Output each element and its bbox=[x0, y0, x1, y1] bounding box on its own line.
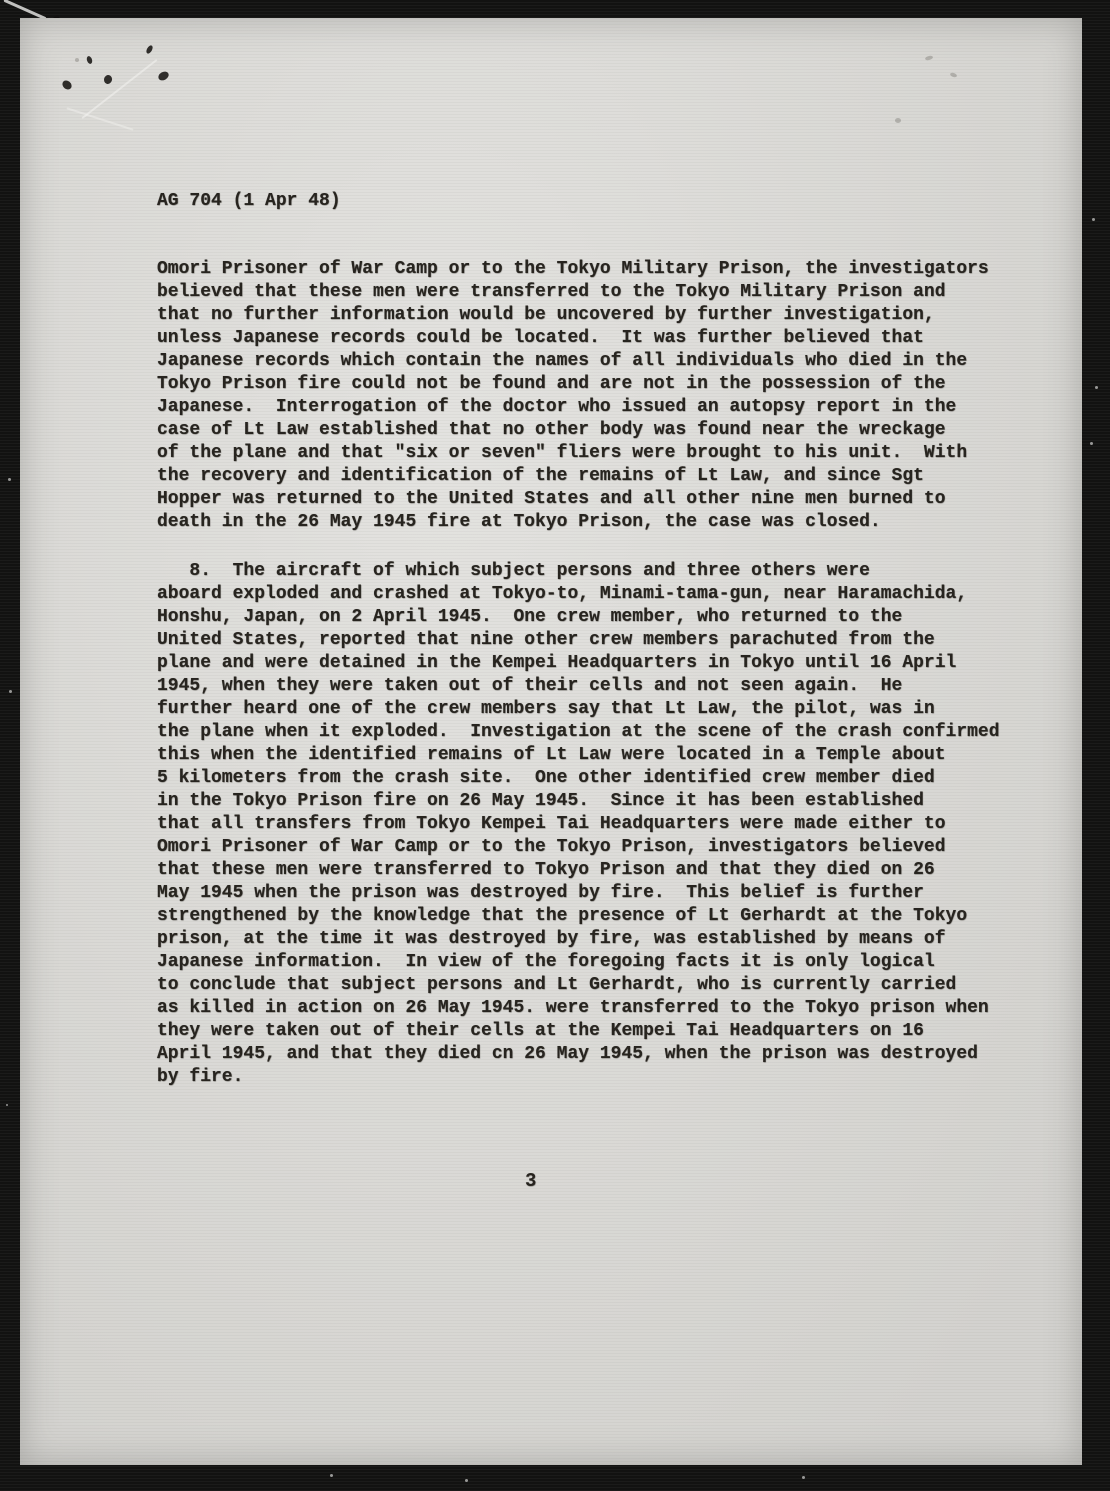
dust-speck bbox=[802, 1476, 805, 1479]
text-line: unless Japanese records could be located… bbox=[157, 327, 1042, 350]
text-line: strengthened by the knowledge that the p… bbox=[157, 905, 1042, 928]
text-line: that all transfers from Tokyo Kempei Tai… bbox=[157, 813, 1042, 836]
text-line: 5 kilometers from the crash site. One ot… bbox=[157, 767, 1042, 790]
text-line: 8. The aircraft of which subject persons… bbox=[157, 560, 1042, 583]
text-line: Omori Prisoner of War Camp or to the Tok… bbox=[157, 258, 1042, 281]
text-line: case of Lt Law established that no other… bbox=[157, 419, 1042, 442]
text-line: plane and were detained in the Kempei He… bbox=[157, 652, 1042, 675]
dust-speck bbox=[1092, 218, 1095, 221]
text-line: that these men were transferred to Tokyo… bbox=[157, 859, 1042, 882]
text-line: the recovery and identification of the r… bbox=[157, 465, 1042, 488]
text-line: by fire. bbox=[157, 1066, 1042, 1089]
dust-speck bbox=[8, 478, 11, 481]
dust-speck bbox=[330, 1474, 333, 1477]
dust-speck bbox=[1095, 386, 1098, 389]
text-line: in the Tokyo Prison fire on 26 May 1945.… bbox=[157, 790, 1042, 813]
paragraph-continuation: Omori Prisoner of War Camp or to the Tok… bbox=[157, 258, 1042, 534]
text-line: 1945, when they were taken out of their … bbox=[157, 675, 1042, 698]
text-line: prison, at the time it was destroyed by … bbox=[157, 928, 1042, 951]
text-line: May 1945 when the prison was destroyed b… bbox=[157, 882, 1042, 905]
text-line: Japanese. Interrogation of the doctor wh… bbox=[157, 396, 1042, 419]
text-line: aboard exploded and crashed at Tokyo-to,… bbox=[157, 583, 1042, 606]
text-line: April 1945, and that they died cn 26 May… bbox=[157, 1043, 1042, 1066]
text-line: Honshu, Japan, on 2 April 1945. One crew… bbox=[157, 606, 1042, 629]
text-line: believed that these men were transferred… bbox=[157, 281, 1042, 304]
paragraph-8: 8. The aircraft of which subject persons… bbox=[157, 560, 1042, 1089]
dust-speck bbox=[1090, 442, 1093, 445]
text-line: as killed in action on 26 May 1945. were… bbox=[157, 997, 1042, 1020]
document-body: AG 704 (1 Apr 48) Omori Prisoner of War … bbox=[20, 18, 1082, 1089]
text-line: they were taken out of their cells at th… bbox=[157, 1020, 1042, 1043]
dust-speck bbox=[6, 1104, 8, 1106]
document-page: AG 704 (1 Apr 48) Omori Prisoner of War … bbox=[20, 18, 1082, 1465]
text-line: of the plane and that "six or seven" fli… bbox=[157, 442, 1042, 465]
text-line: the plane when it exploded. Investigatio… bbox=[157, 721, 1042, 744]
text-line: United States, reported that nine other … bbox=[157, 629, 1042, 652]
scanner-bed-background: AG 704 (1 Apr 48) Omori Prisoner of War … bbox=[0, 0, 1110, 1491]
text-line: death in the 26 May 1945 fire at Tokyo P… bbox=[157, 511, 1042, 534]
dust-speck bbox=[465, 1479, 468, 1482]
dust-speck bbox=[9, 690, 12, 693]
text-line: that no further information would be unc… bbox=[157, 304, 1042, 327]
text-line: Omori Prisoner of War Camp or to the Tok… bbox=[157, 836, 1042, 859]
text-line: Japanese information. In view of the for… bbox=[157, 951, 1042, 974]
page-number: 3 bbox=[525, 1170, 536, 1192]
text-line: Tokyo Prison fire could not be found and… bbox=[157, 373, 1042, 396]
document-reference-header: AG 704 (1 Apr 48) bbox=[157, 190, 1042, 213]
text-line: Hopper was returned to the United States… bbox=[157, 488, 1042, 511]
text-line: to conclude that subject persons and Lt … bbox=[157, 974, 1042, 997]
text-line: this when the identified remains of Lt L… bbox=[157, 744, 1042, 767]
text-line: further heard one of the crew members sa… bbox=[157, 698, 1042, 721]
text-line: Japanese records which contain the names… bbox=[157, 350, 1042, 373]
